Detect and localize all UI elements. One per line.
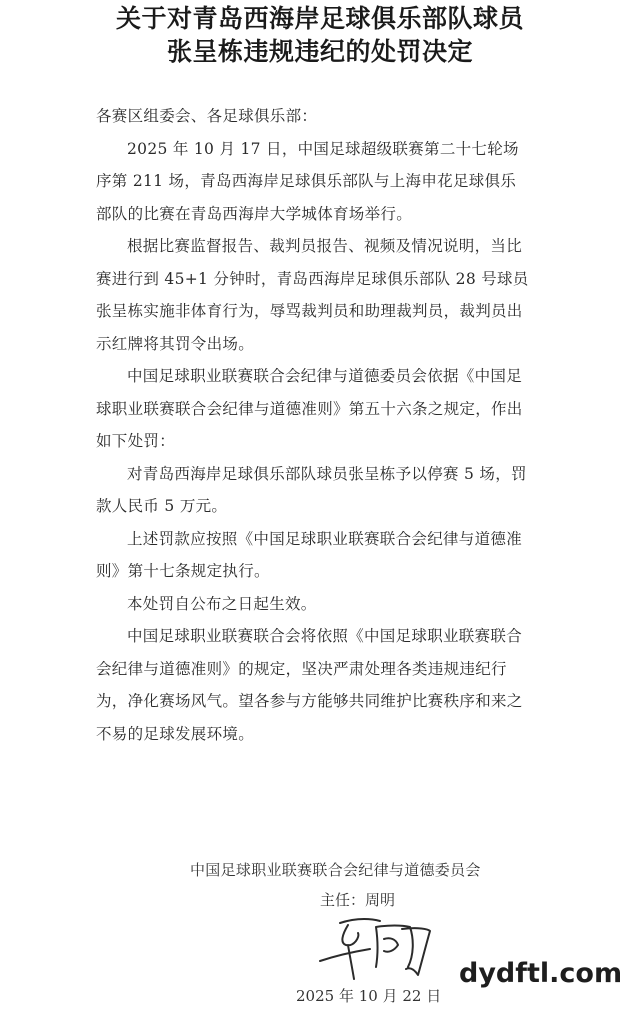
paragraph-basis: 中国足球职业联赛联合会纪律与道德委员会依据《中国足球职业联赛联合会纪律与道德准则… xyxy=(96,360,530,458)
paragraph-match-info: 2025 年 10 月 17 日，中国足球超级联赛第二十七轮场序第 211 场，… xyxy=(96,133,530,231)
chair-name: 主任：周明 xyxy=(320,889,395,910)
handwritten-signature-icon xyxy=(318,915,436,980)
title-line-2: 张呈栋违规违纪的处罚决定 xyxy=(0,35,640,68)
paragraph-incident: 根据比赛监督报告、裁判员报告、视频及情况说明，当比赛进行到 45+1 分钟时，青… xyxy=(96,230,530,360)
paragraph-penalty: 对青岛西海岸足球俱乐部队球员张呈栋予以停赛 5 场，罚款人民币 5 万元。 xyxy=(96,458,530,523)
document-title: 关于对青岛西海岸足球俱乐部队球员 张呈栋违规违纪的处罚决定 xyxy=(0,2,640,68)
issuing-organization: 中国足球职业联赛联合会纪律与道德委员会 xyxy=(190,859,481,880)
salutation: 各赛区组委会、各足球俱乐部： xyxy=(96,100,530,133)
issue-date: 2025 年 10 月 22 日 xyxy=(296,985,441,1006)
paragraph-closing: 中国足球职业联赛联合会将依照《中国足球职业联赛联合会纪律与道德准则》的规定，坚决… xyxy=(96,620,530,750)
paragraph-effective: 本处罚自公布之日起生效。 xyxy=(96,588,530,621)
document-body: 各赛区组委会、各足球俱乐部： 2025 年 10 月 17 日，中国足球超级联赛… xyxy=(96,100,530,750)
paragraph-fine-execution: 上述罚款应按照《中国足球职业联赛联合会纪律与道德准则》第十七条规定执行。 xyxy=(96,523,530,588)
title-line-1: 关于对青岛西海岸足球俱乐部队球员 xyxy=(0,2,640,35)
watermark: dydftl.com xyxy=(459,958,622,989)
